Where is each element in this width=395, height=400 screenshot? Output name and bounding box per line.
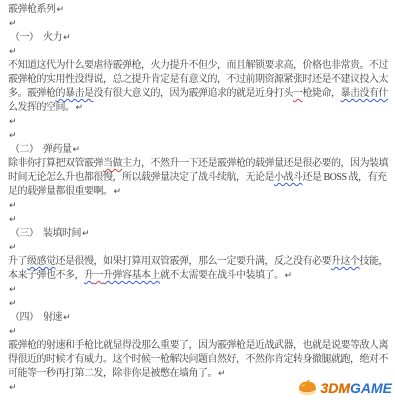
watermark-brand-3dm: 3DM xyxy=(320,380,350,396)
empty-line: ↵ xyxy=(8,17,388,31)
paragraph-mark: ↵ xyxy=(284,271,293,281)
text-run: （四） 射速 xyxy=(8,312,62,323)
paragraph-mark: ↵ xyxy=(113,187,122,197)
paragraph-mark: ↵ xyxy=(8,19,17,29)
section-heading: （二） 弹药量↵ xyxy=(8,143,388,157)
paragraph-mark: ↵ xyxy=(8,285,17,295)
text-run: 就不太需要在战斗中装填了。 xyxy=(160,270,284,281)
document-page: 霰弹枪系列↵↵ （一） 火力↵↵不知道这代为什么要虐待霰弹枪，火力提升不但少，而… xyxy=(0,0,395,400)
paragraph-mark: ↵ xyxy=(62,313,71,323)
text-run: 霰弹枪的射速和手枪比就显得没那么重要了，因为霰弹枪是近战武器，也就是说要等敌人离… xyxy=(8,340,388,379)
empty-line: ↵ xyxy=(8,297,388,311)
text-run: 枪毙命， xyxy=(303,88,341,99)
text-run: 的暴击是 xyxy=(56,88,94,99)
paragraph-mark: ↵ xyxy=(8,327,17,337)
text-run: 暴击没有什 xyxy=(341,88,389,99)
text-run: （三） 装填时间 xyxy=(8,228,81,239)
paragraph-mark: ↵ xyxy=(8,215,17,225)
text-run: （一） 火力 xyxy=(8,32,62,43)
text-run: 还是很慢，如果打算用双管霰弹，那么一定要升满，反之没有必要 xyxy=(56,256,332,267)
text-run: 升 xyxy=(84,270,94,281)
paragraph-mark: ↵ xyxy=(8,299,17,309)
text-run: 小战斗 xyxy=(274,172,303,183)
section-heading: （三） 装填时间↵ xyxy=(8,227,388,241)
text-run: 当做 xyxy=(103,158,122,169)
text-run: 除非你打算把双管霰弹 xyxy=(8,158,103,169)
3dmgame-watermark: 3DMGAME xyxy=(297,379,392,396)
paragraph-mark: ↵ xyxy=(8,47,17,57)
document-body: 霰弹枪系列↵↵ （一） 火力↵↵不知道这代为什么要虐待霰弹枪，火力提升不但少，而… xyxy=(8,3,388,395)
text-run: 升这个 xyxy=(331,256,360,267)
text-run: 升弹容基本上 xyxy=(103,270,160,281)
text-run: 升了 xyxy=(8,256,27,267)
text-run: 霰弹枪系列 xyxy=(8,4,56,15)
paragraph-mark: ↵ xyxy=(62,33,71,43)
paragraph: 霰弹枪的射速和手枪比就显得没那么重要了，因为霰弹枪是近战武器，也就是说要等敌人离… xyxy=(8,339,388,381)
paragraph: 不知道这代为什么要虐待霰弹枪，火力提升不但少，而且解锁要求高，价格也非常贵。不过… xyxy=(8,59,388,115)
empty-line: ↵ xyxy=(8,213,388,227)
empty-line: ↵ xyxy=(8,45,388,59)
text-run: 没有很大意义的，因为霰弹追求的就是近身打头 xyxy=(94,88,294,99)
text-run: 一 xyxy=(94,270,104,281)
paragraph-mark: ↵ xyxy=(75,103,84,113)
empty-line: ↵ xyxy=(8,199,388,213)
section-heading: （四） 射速↵ xyxy=(8,311,388,325)
paragraph-mark: ↵ xyxy=(56,5,65,15)
text-run: 一 xyxy=(293,88,303,99)
empty-line: ↵ xyxy=(8,283,388,297)
text-run: 么发挥的空间。 xyxy=(8,102,75,113)
paragraph-mark: ↵ xyxy=(217,369,226,379)
paragraph-mark: ↵ xyxy=(8,201,17,211)
empty-line: ↵ xyxy=(8,115,388,129)
paragraph-mark: ↵ xyxy=(72,145,81,155)
section-heading: （一） 火力↵ xyxy=(8,31,388,45)
text-run: （二） 弹药量 xyxy=(8,144,72,155)
paragraph-mark: ↵ xyxy=(8,243,17,253)
paragraph: 升了级感觉还是很慢，如果打算用双管霰弹，那么一定要升满，反之没有必要升这个技能，… xyxy=(8,255,388,283)
3dm-mascot-icon xyxy=(297,379,319,396)
paragraph-mark: ↵ xyxy=(8,117,17,127)
empty-line: ↵ xyxy=(8,325,388,339)
paragraph: 除非你打算把双管霰弹当做主力，不然升一下还是霰弹枪的载弹量还是很必要的，因为装填… xyxy=(8,157,388,199)
paragraph-mark: ↵ xyxy=(81,229,90,239)
watermark-brand-game: GAME xyxy=(350,380,392,396)
doc-title: 霰弹枪系列↵ xyxy=(8,3,388,17)
paragraph-mark: ↵ xyxy=(8,383,17,393)
text-run: 级感觉 xyxy=(27,256,56,267)
empty-line: ↵ xyxy=(8,241,388,255)
empty-line: ↵ xyxy=(8,129,388,143)
paragraph-mark: ↵ xyxy=(8,131,17,141)
